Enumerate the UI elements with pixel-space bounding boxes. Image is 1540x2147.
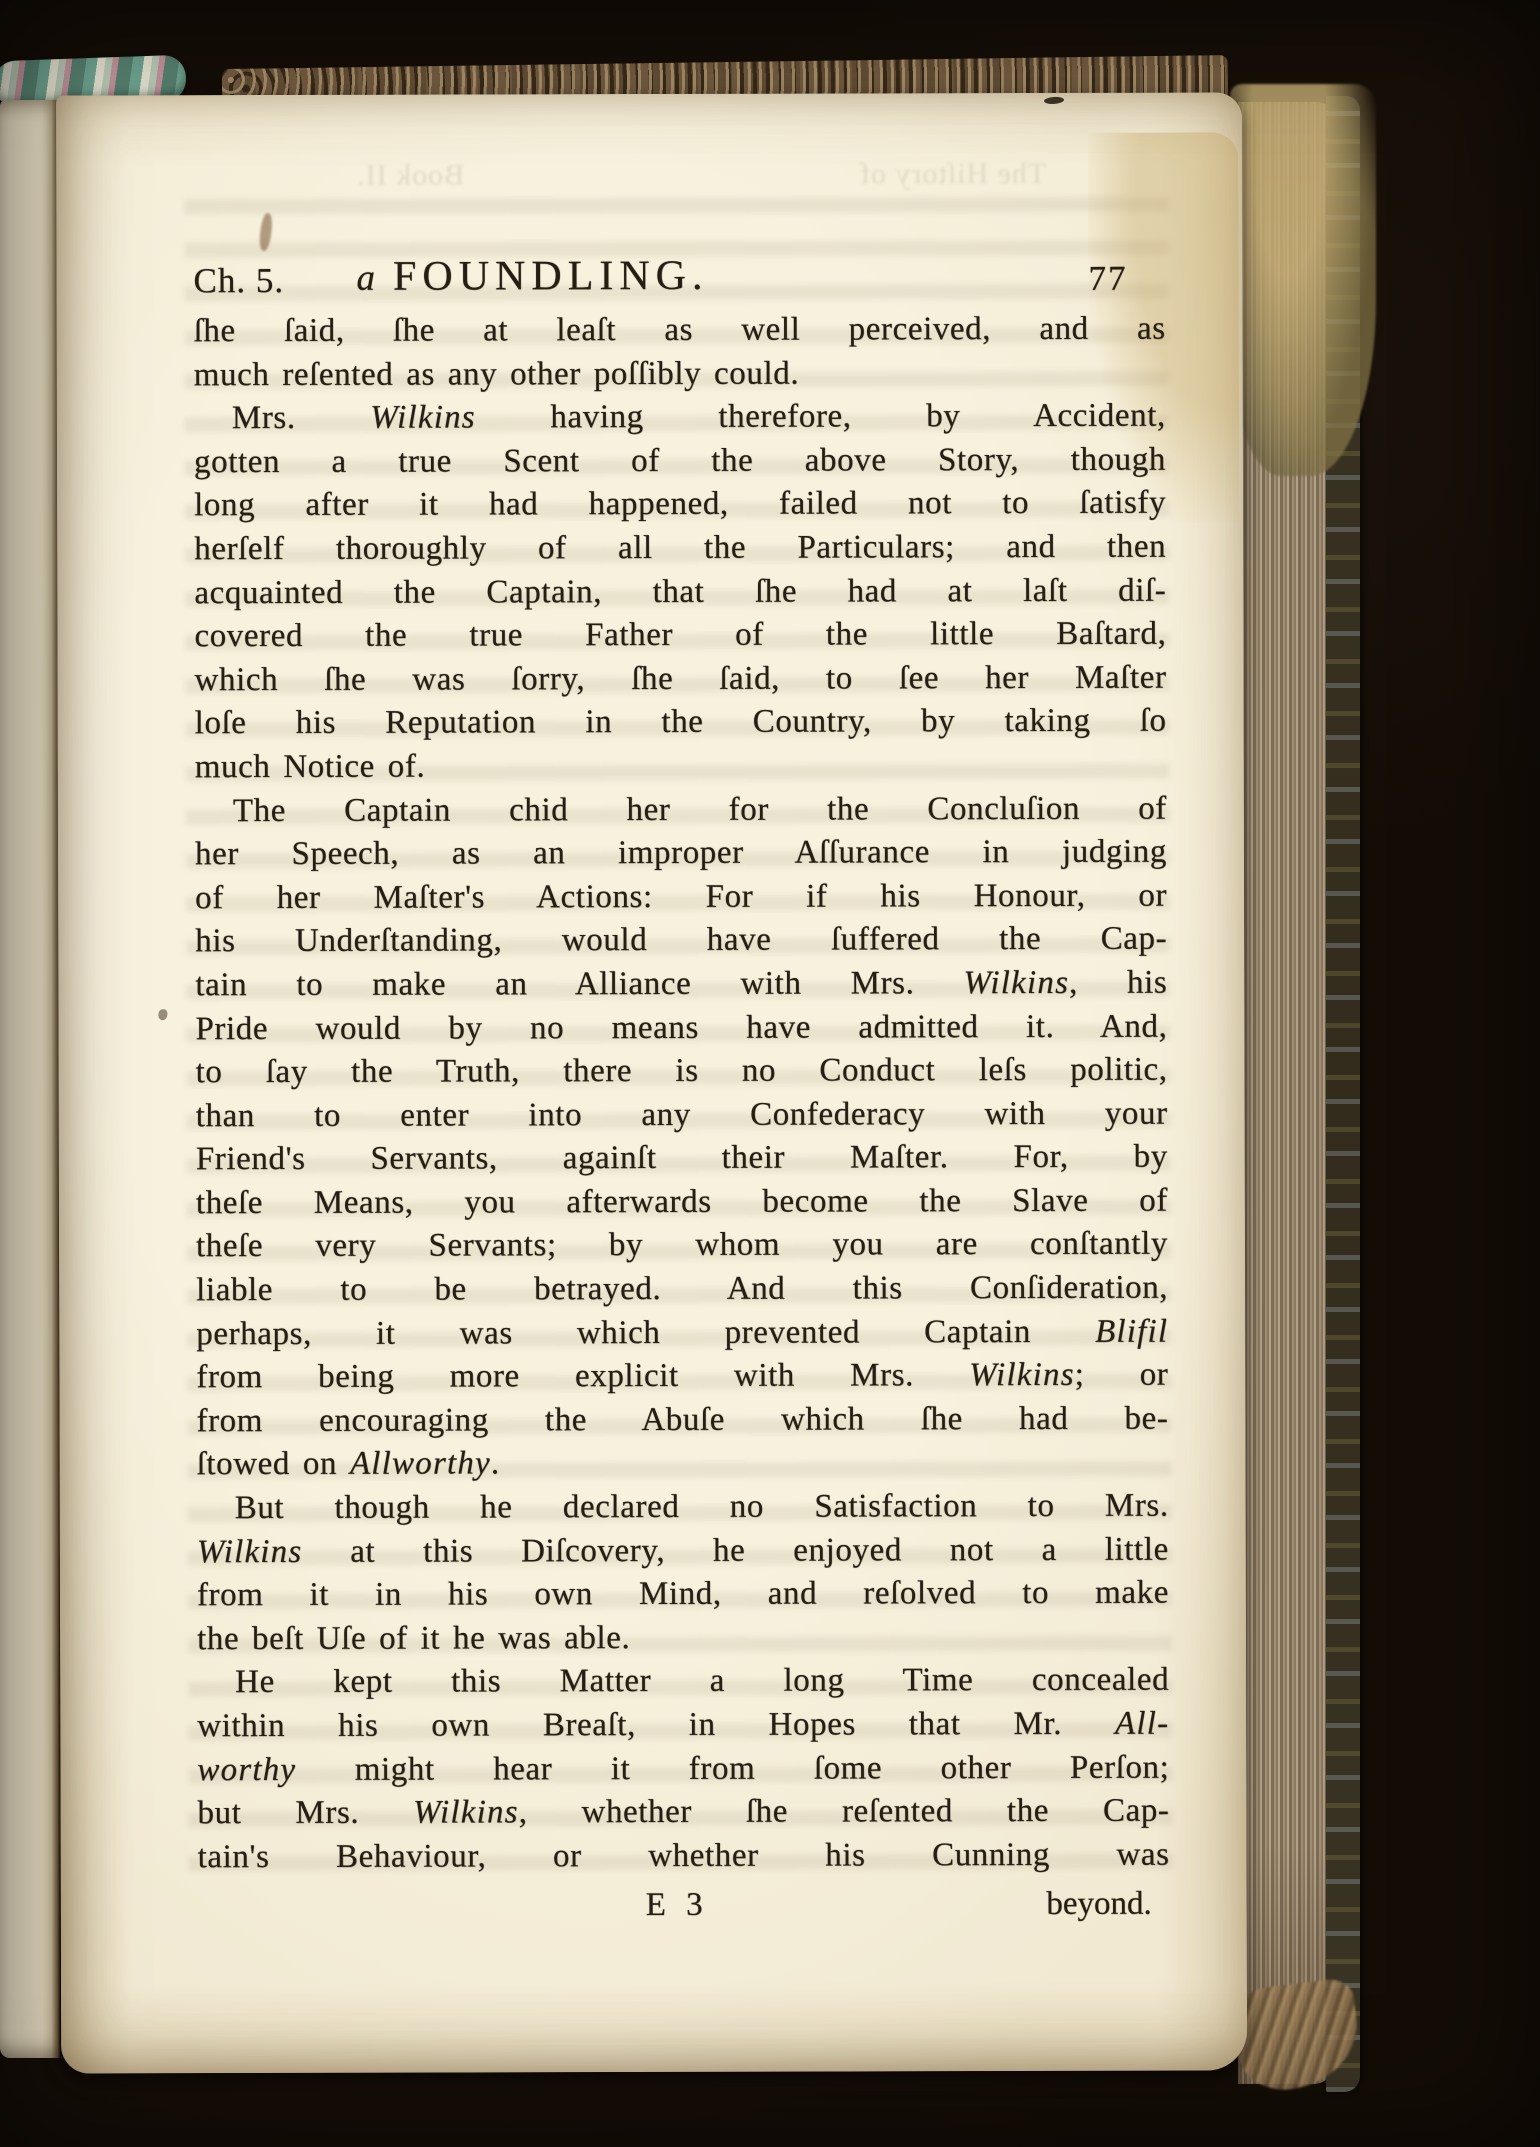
text-line: theſe very Servants; by whom you are con…	[196, 1223, 1168, 1269]
text-line: from being more explicit with Mrs. Wilki…	[196, 1354, 1168, 1400]
paper-speck	[1044, 96, 1064, 104]
text-line: her Speech, as an improper Aſſurance in …	[195, 831, 1167, 877]
text-line: from encouraging the Abuſe which ſhe had…	[196, 1397, 1168, 1443]
text-line: Pride would by no means have admitted it…	[195, 1005, 1167, 1051]
italic-text: Allworthy	[350, 1446, 491, 1482]
text-line: long after it had happened, failed not t…	[194, 482, 1166, 528]
text-line: The Captain chid her for the Concluſion …	[195, 787, 1167, 833]
running-title-article: a	[356, 258, 375, 299]
paragraph: ſhe ſaid, ſhe at leaſt as well perceived…	[194, 308, 1166, 398]
body-text: ſhe ſaid, ſhe at leaſt as well perceived…	[194, 308, 1170, 1880]
text-line: to ſay the Truth, there is no Conduct le…	[196, 1049, 1168, 1095]
text-line: the beſt Uſe of it he was able.	[197, 1615, 1169, 1661]
text-line: than to enter into any Confederacy with …	[196, 1092, 1168, 1138]
catchword: beyond.	[1046, 1881, 1152, 1927]
text-line: herſelf thoroughly of all the Particular…	[194, 526, 1166, 572]
text-line: within his own Breaſt, in Hopes that Mr.…	[197, 1703, 1169, 1749]
text-line: Friend's Servants, againſt their Maſter.…	[196, 1136, 1168, 1182]
text-line: his Underſtanding, would have ſuffered t…	[195, 918, 1167, 964]
running-header: Ch. 5. aFOUNDLING. 77	[193, 241, 1165, 304]
running-title-text: FOUNDLING.	[393, 253, 709, 300]
italic-text: Wilkins	[197, 1534, 303, 1570]
text-line: loſe his Reputation in the Country, by t…	[195, 700, 1167, 746]
italic-text: worthy	[197, 1752, 296, 1788]
paragraph: He kept this Matter a long Time conceale…	[197, 1659, 1170, 1880]
text-line: tain to make an Alliance with Mrs. Wilki…	[195, 962, 1167, 1008]
italic-text: Wilkins	[370, 400, 476, 436]
facing-page-edge	[0, 100, 60, 2058]
page-number: 77	[1088, 259, 1127, 299]
text-line: which ſhe was ſorry, ſhe ſaid, to ſee he…	[194, 656, 1166, 702]
text-line: acquainted the Captain, that ſhe had at …	[194, 569, 1166, 615]
italic-text: Wilkins	[413, 1795, 519, 1831]
paragraph: The Captain chid her for the Concluſion …	[195, 787, 1169, 1487]
text-line: gotten a true Scent of the above Story, …	[194, 438, 1166, 484]
italic-text: Blifil	[1095, 1313, 1168, 1349]
text-line: much Notice of.	[195, 744, 1167, 790]
page-footer: E 3 beyond.	[198, 1881, 1170, 1930]
text-line: theſe Means, you afterwards become the S…	[196, 1180, 1168, 1226]
show-through-right: Book II.	[356, 158, 464, 192]
text-line: liable to be betrayed. And this Conſider…	[196, 1267, 1168, 1313]
text-line: much reſented as any other poſſibly coul…	[194, 351, 1166, 397]
paper-speck	[158, 1009, 167, 1020]
text-line: Mrs. Wilkins having therefore, by Accide…	[194, 395, 1166, 441]
italic-text: Wilkins	[969, 1357, 1075, 1393]
chapter-label: Ch. 5.	[193, 261, 284, 301]
text-line: but Mrs. Wilkins, whether ſhe reſented t…	[197, 1790, 1169, 1836]
text-line: But though he declared no Satisfaction t…	[197, 1485, 1169, 1531]
text-line: worthy might hear it from ſome other Per…	[197, 1746, 1169, 1792]
show-through-header: The Hiſtory of Book II.	[356, 149, 1046, 193]
running-title: aFOUNDLING.	[356, 252, 708, 301]
text-line: of her Maſter's Actions: For if his Hono…	[195, 874, 1167, 920]
italic-text: Wilkins	[963, 965, 1069, 1001]
text-line: ſtowed on Allworthy.	[197, 1441, 1169, 1487]
signature-mark: E 3	[646, 1882, 709, 1928]
text-line: from it in his own Mind, and reſolved to…	[197, 1572, 1169, 1618]
italic-text: All-	[1115, 1706, 1169, 1742]
text-line: Wilkins at this Diſcovery, he enjoyed no…	[197, 1528, 1169, 1574]
book-page: The Hiſtory of Book II. Ch. 5. aFOUNDLIN…	[56, 92, 1247, 2073]
text-line: He kept this Matter a long Time conceale…	[197, 1659, 1169, 1705]
book-photo: The Hiſtory of Book II. Ch. 5. aFOUNDLIN…	[0, 0, 1540, 2147]
paragraph: But though he declared no Satisfaction t…	[197, 1485, 1169, 1662]
text-line: ſhe ſaid, ſhe at leaſt as well perceived…	[194, 308, 1166, 354]
text-line: covered the true Father of the little Ba…	[194, 613, 1166, 659]
show-through-left: The Hiſtory of	[859, 157, 1046, 191]
paragraph: Mrs. Wilkins having therefore, by Accide…	[194, 395, 1167, 790]
text-line: tain's Behaviour, or whether his Cunning…	[198, 1833, 1170, 1879]
text-line: perhaps, it was which prevented Captain …	[196, 1310, 1168, 1356]
edge-stain	[1230, 84, 1376, 476]
